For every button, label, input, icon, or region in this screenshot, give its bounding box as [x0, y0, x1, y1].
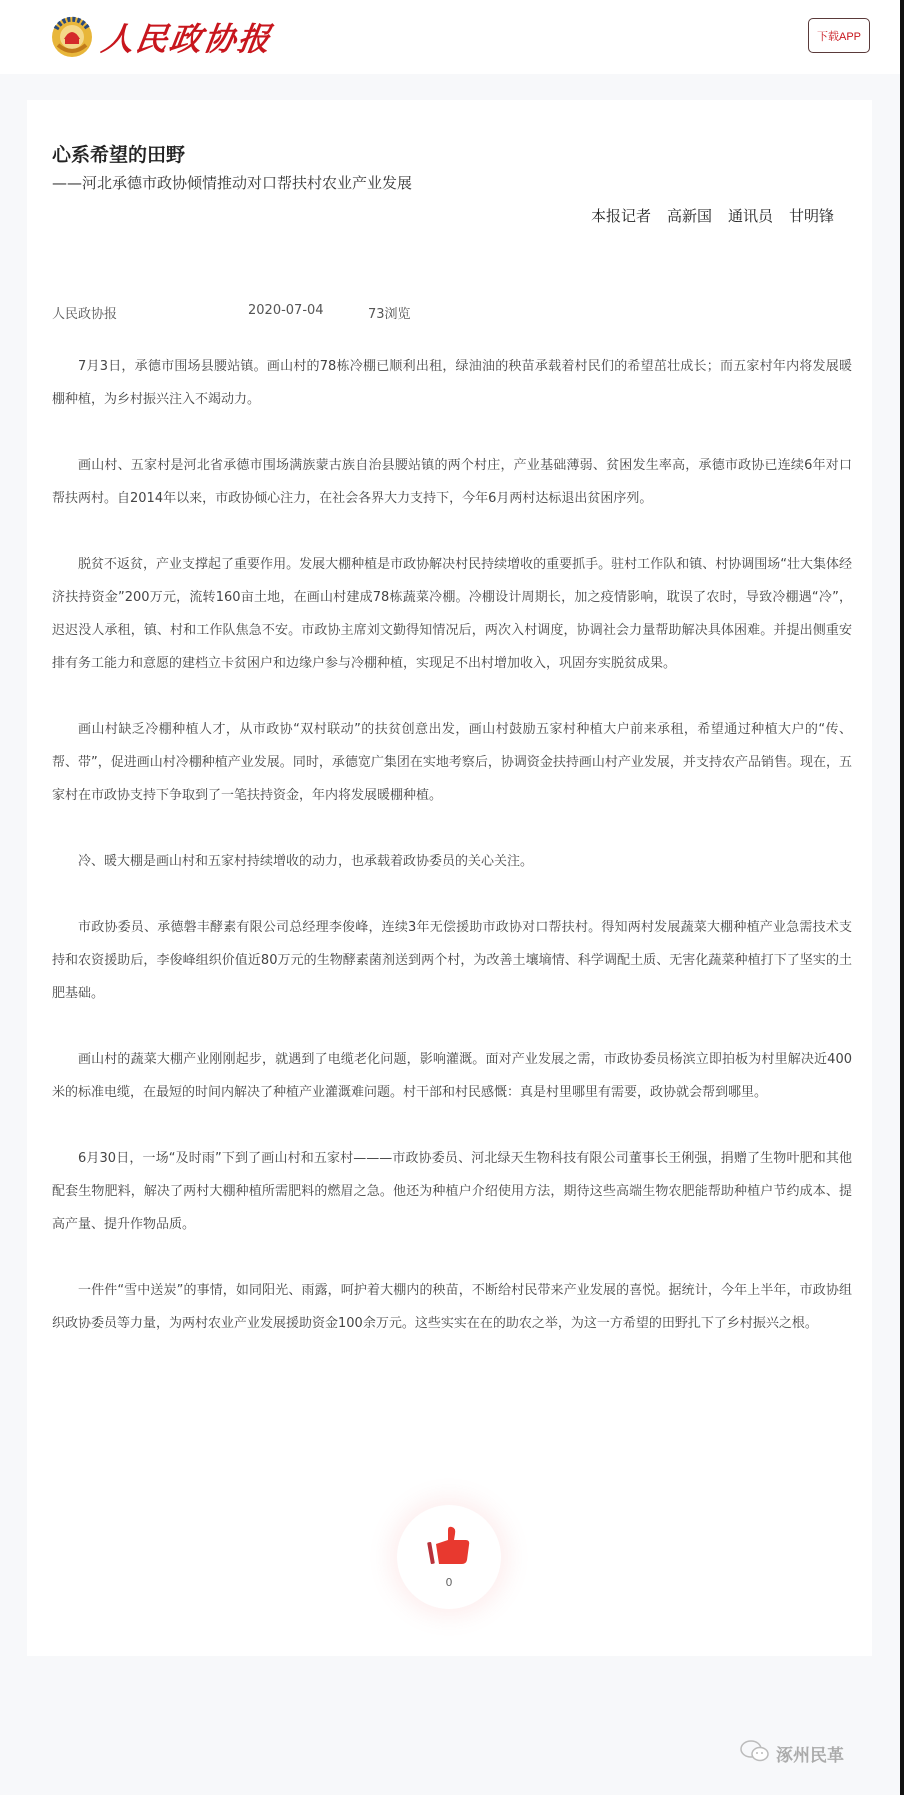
- article-paragraph: 脱贫不返贫，产业支撑起了重要作用。发展大棚种植是市政协解决村民持续增收的重要抓手…: [52, 548, 852, 680]
- article-byline: 本报记者 高新国 通讯员 甘明锋: [591, 205, 834, 226]
- article-paragraph: 一件件“雪中送炭”的事情，如同阳光、雨露，呵护着大棚内的秧苗，不断给村民带来产业…: [52, 1274, 852, 1340]
- article-source: 人民政协报: [52, 303, 248, 322]
- like-count: 0: [446, 1576, 453, 1589]
- wechat-icon: [740, 1740, 770, 1767]
- like-button[interactable]: 0: [397, 1505, 501, 1609]
- thumbs-up-icon: [426, 1526, 472, 1572]
- article-views: 73浏览: [368, 303, 411, 322]
- article-paragraph: 7月3日，承德市围场县腰站镇。画山村的78栋冷棚已顺利出租，绿油油的秧苗承载着村…: [52, 350, 852, 416]
- article-title: 心系希望的田野: [52, 140, 185, 167]
- article-paragraph: 冷、暖大棚是画山村和五家村持续增收的动力，也承载着政协委员的关心关注。: [52, 845, 852, 878]
- article-paragraph: 市政协委员、承德磐丰酵素有限公司总经理李俊峰，连续3年无偿援助市政协对口帮扶村。…: [52, 911, 852, 1010]
- byline-name: 高新国: [667, 205, 712, 226]
- logo-text: 人民政协报: [99, 14, 275, 60]
- window-edge: [900, 0, 904, 1795]
- article-paragraph: 6月30日，一场“及时雨”下到了画山村和五家村———市政协委员、河北绿天生物科技…: [52, 1142, 852, 1241]
- site-logo[interactable]: 人民政协报: [50, 14, 272, 60]
- cppcc-emblem-icon: [50, 15, 94, 59]
- watermark-text: 涿州民革: [776, 1741, 844, 1766]
- byline-role: 本报记者: [591, 205, 651, 226]
- article-meta: 人民政协报 2020-07-04 73浏览: [52, 303, 411, 322]
- article-date: 2020-07-04: [248, 303, 368, 322]
- article-body: 7月3日，承德市围场县腰站镇。画山村的78栋冷棚已顺利出租，绿油油的秧苗承载着村…: [52, 350, 852, 1373]
- article-subtitle: ——河北承德市政协倾情推动对口帮扶村农业产业发展: [52, 172, 412, 193]
- byline-role: 通讯员: [728, 205, 773, 226]
- site-header: 人民政协报 下载APP: [0, 0, 900, 74]
- byline-name: 甘明锋: [789, 205, 834, 226]
- article-paragraph: 画山村的蔬菜大棚产业刚刚起步，就遇到了电缆老化问题，影响灌溉。面对产业发展之需，…: [52, 1043, 852, 1109]
- download-app-button[interactable]: 下载APP: [808, 18, 870, 53]
- watermark: 涿州民革: [740, 1740, 844, 1767]
- article-paragraph: 画山村、五家村是河北省承德市围场满族蒙古族自治县腰站镇的两个村庄，产业基础薄弱、…: [52, 449, 852, 515]
- article-card: 心系希望的田野 ——河北承德市政协倾情推动对口帮扶村农业产业发展 本报记者 高新…: [27, 100, 872, 1656]
- article-paragraph: 画山村缺乏冷棚种植人才，从市政协“双村联动”的扶贫创意出发，画山村鼓励五家村种植…: [52, 713, 852, 812]
